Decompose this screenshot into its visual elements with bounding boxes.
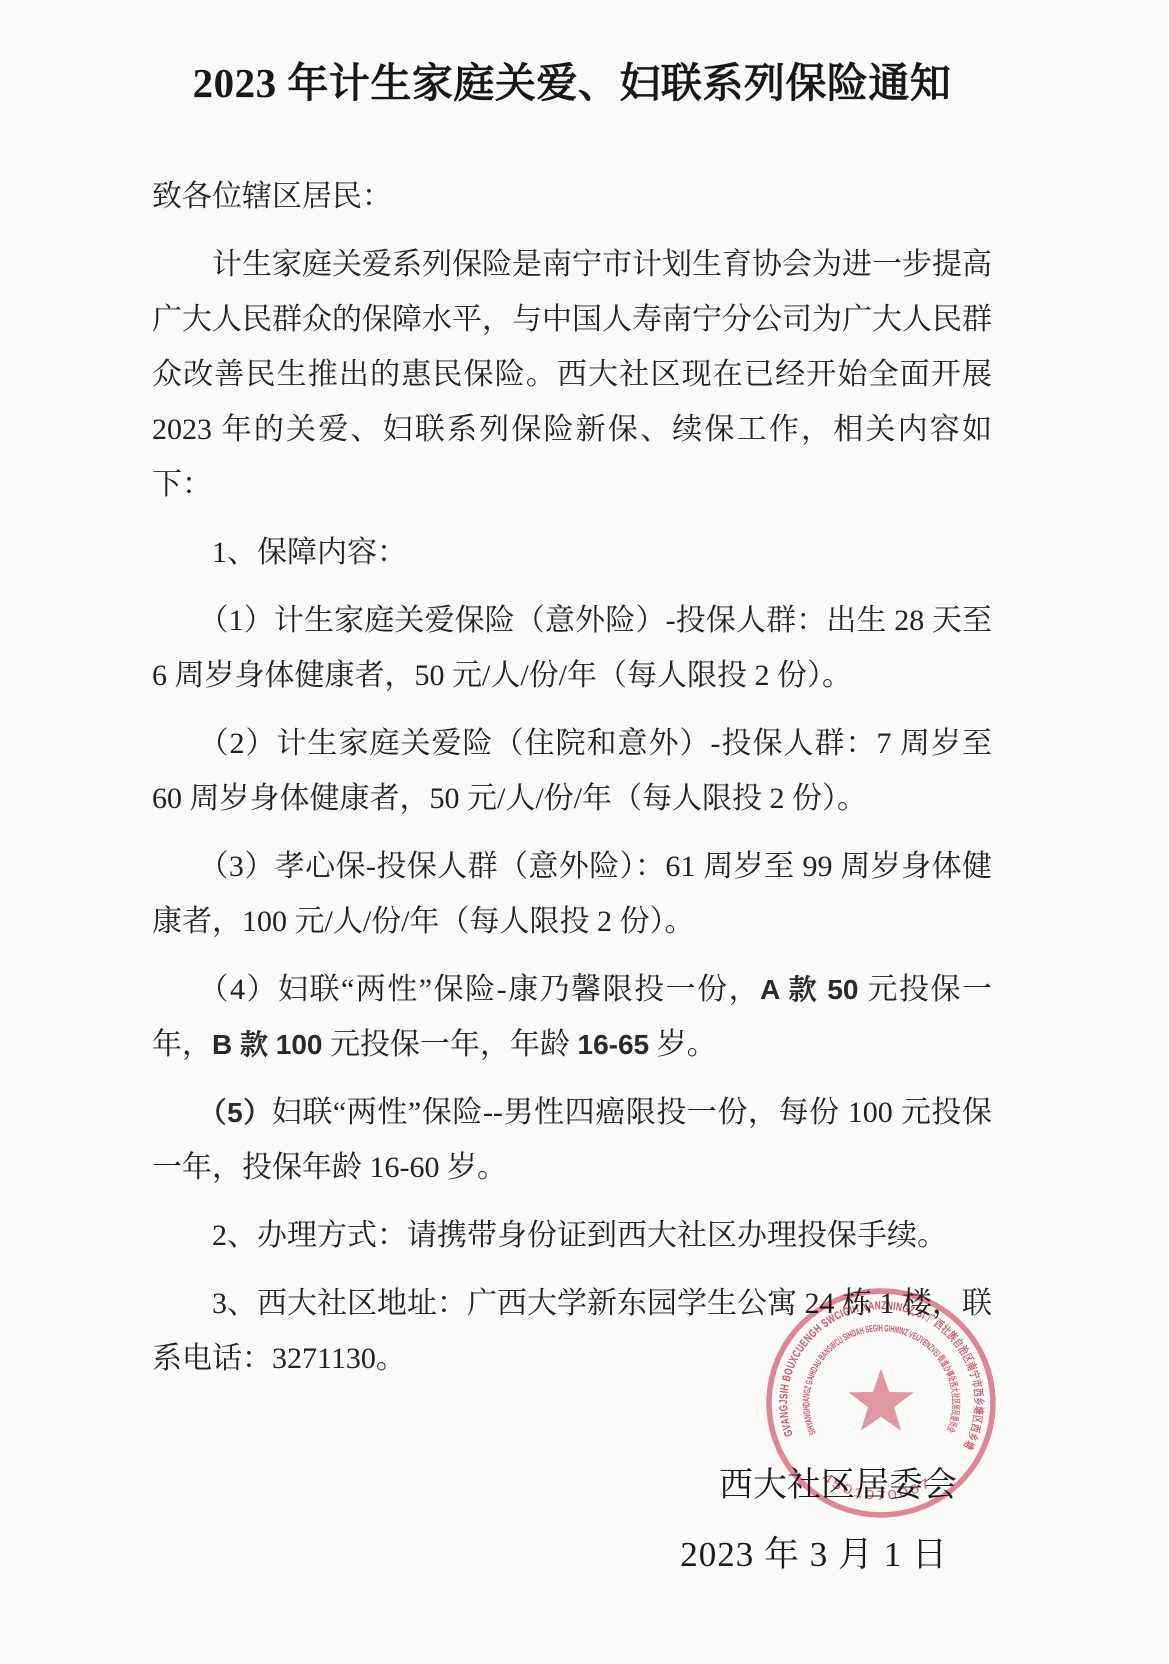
item-4-age-range: 16-65 (578, 1029, 650, 1060)
insurance-item-1: （1）计生家庭关爱保险（意外险）-投保人群：出生 28 天至 6 周岁身体健康者… (152, 593, 992, 703)
notice-document: 2023 年计生家庭关爱、妇联系列保险通知 致各位辖区居民： 计生家庭关爱系列保… (152, 0, 992, 1582)
page-title: 2023 年计生家庭关爱、妇联系列保险通知 (152, 50, 992, 109)
item-4-plan-a-price: A 款 50 (760, 974, 858, 1005)
salutation: 致各位辖区居民： (152, 169, 992, 224)
item-4-text: 岁。 (649, 1028, 717, 1061)
item-5-number: （5） (199, 1097, 272, 1128)
item-4-text: （4）妇联“两性”保险-康乃馨限投一份， (199, 973, 761, 1006)
item-4-text: 元投保一年，年龄 (323, 1028, 578, 1061)
section-3-paragraph: 3、西大社区地址：广西大学新东园学生公寓 24 栋 1 楼，联系电话：32711… (152, 1276, 992, 1386)
intro-paragraph: 计生家庭关爱系列保险是南宁市计划生育协会为进一步提高广大人民群众的保障水平，与中… (152, 237, 992, 512)
insurance-item-4: （4）妇联“两性”保险-康乃馨限投一份，A 款 50 元投保一年，B 款 100… (152, 962, 992, 1072)
insurance-item-2: （2）计生家庭关爱险（住院和意外）-投保人群：7 周岁至 60 周岁身体健康者，… (152, 716, 992, 826)
item-5-text: 妇联“两性”保险--男性四癌限投一份，每份 100 元投保一年，投保年龄 16-… (152, 1096, 992, 1184)
insurance-item-5: （5）妇联“两性”保险--男性四癌限投一份，每份 100 元投保一年，投保年龄 … (152, 1085, 992, 1195)
section-1-heading: 1、保障内容： (152, 525, 992, 580)
signature-name: 西大社区居委会 (152, 1458, 992, 1513)
insurance-item-3: （3）孝心保-投保人群（意外险）：61 周岁至 99 周岁身体健康者，100 元… (152, 839, 992, 949)
signature-date: 2023 年 3 月 1 日 (152, 1527, 992, 1582)
section-2-paragraph: 2、办理方式：请携带身份证到西大社区办理投保手续。 (152, 1208, 992, 1263)
item-4-plan-b-price: B 款 100 (212, 1029, 323, 1060)
